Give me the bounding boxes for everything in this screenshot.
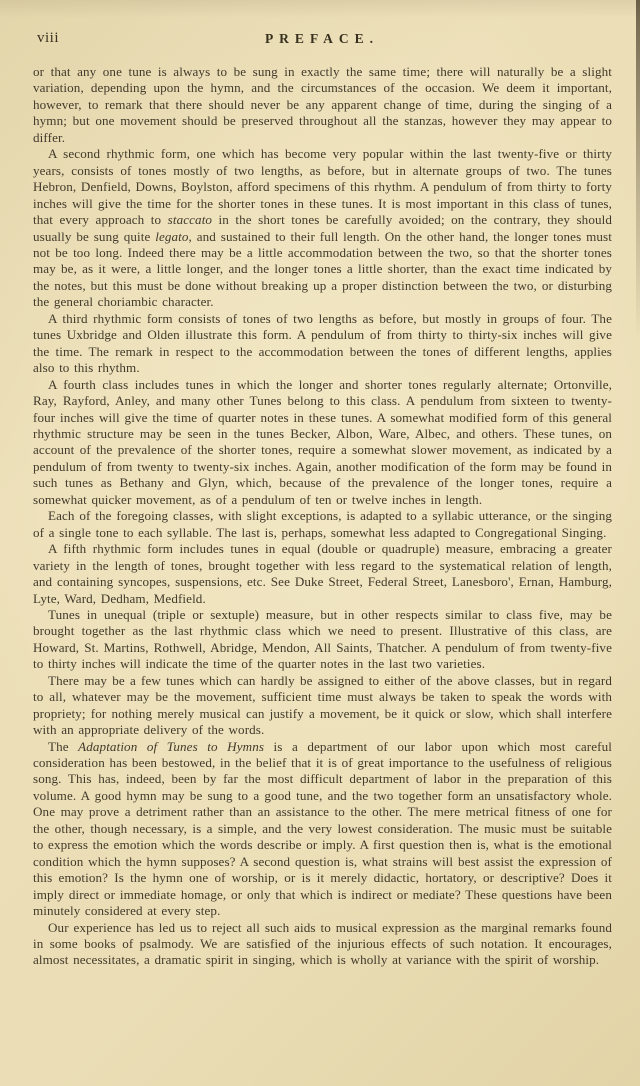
paragraph: A second rhythmic form, one which has be…: [33, 146, 612, 311]
page-title: PREFACE.: [33, 31, 611, 47]
scanned-book-page: { "colors": { "paper": "#e9dcb3", "ink":…: [0, 0, 640, 1086]
paragraph: or that any one tune is always to be sun…: [33, 64, 612, 146]
page-body: or that any one tune is always to be sun…: [33, 64, 612, 969]
page-top-shading: [0, 0, 640, 18]
paragraph: A fifth rhythmic form includes tunes in …: [33, 541, 612, 607]
page-edge-shadow: [636, 0, 640, 340]
paragraph: A fourth class includes tunes in which t…: [33, 377, 612, 509]
paragraph: The Adaptation of Tunes to Hymns is a de…: [33, 739, 612, 920]
paragraph: Tunes in unequal (triple or sextuple) me…: [33, 607, 612, 673]
paragraph: Our experience has led us to reject all …: [33, 920, 612, 969]
paragraph: A third rhythmic form consists of tones …: [33, 311, 612, 377]
paragraph: There may be a few tunes which can hardl…: [33, 673, 612, 739]
paragraph: Each of the foregoing classes, with slig…: [33, 508, 612, 541]
page-header: viii PREFACE.: [33, 30, 611, 50]
